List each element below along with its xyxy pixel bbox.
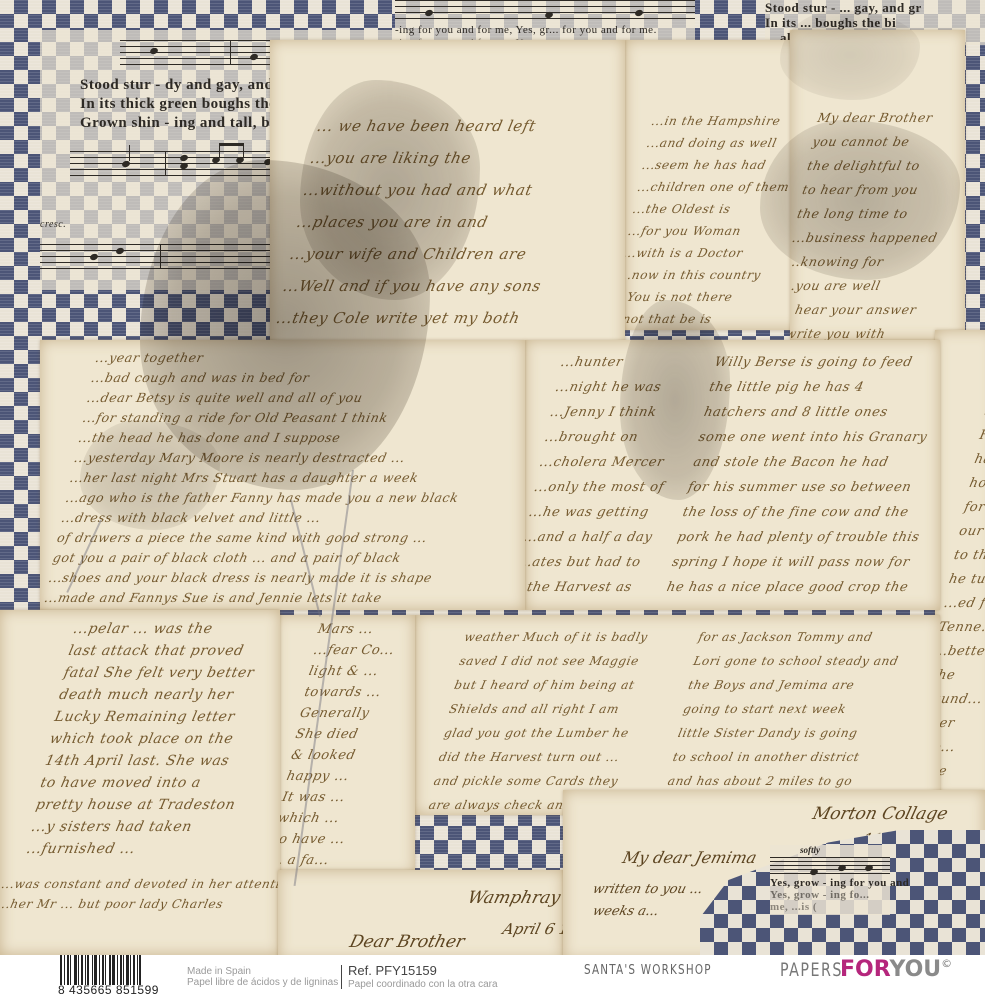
handwritten-line: ...y sisters had taken <box>29 816 252 838</box>
handwritten-line: for ... <box>962 496 985 520</box>
handwritten-line: our ... <box>957 520 985 544</box>
handwritten-line: It was ... <box>280 787 394 808</box>
lyric-line: me, ...is ( <box>770 901 890 913</box>
handwritten-line: some one went into his Granary <box>696 425 940 450</box>
letter-heading-place: Morton Collage <box>811 804 950 824</box>
coordinated-text: Papel coordinado con la otra cara <box>348 979 498 990</box>
copyright-icon: © <box>941 957 952 970</box>
dynamic-marking: softly <box>800 845 890 855</box>
handwritten-line: for as Jackson Tommy and <box>696 625 906 649</box>
scrapbook-paper: Stood stur - dy and gay, and grew ... ry… <box>0 0 985 955</box>
handwritten-line: spring I hope it will pass now for <box>669 550 916 575</box>
handwritten-line: the loss of the fine cow and the <box>680 500 927 525</box>
handwritten-line: ...and a half a day <box>525 525 656 550</box>
letter-lower-center: weather Much of it is badly saved I did … <box>415 615 940 815</box>
handwritten-line: ... a fa... <box>275 850 381 871</box>
handwritten-line: ...shoes and your black dress is nearly … <box>47 568 494 588</box>
music-staff <box>395 0 695 24</box>
handwritten-line: weather Much of it is badly <box>462 625 677 649</box>
handwritten-line: hatchers and 8 little ones <box>701 400 940 425</box>
handwritten-line: he tu... <box>946 568 981 592</box>
handwritten-line: got you a pair of black cloth ... and a … <box>51 548 498 568</box>
letter-salutation: Dear Brother <box>348 932 467 952</box>
lyric-line: Yes, grow - ing for you and <box>770 877 890 889</box>
letter-middle-center: ...hunter ...night he was ...Jenny I thi… <box>525 340 940 610</box>
label-divider <box>341 965 342 989</box>
handwritten-line: did the Harvest turn out ... <box>437 745 652 769</box>
handwritten-line: death much nearly her <box>57 684 280 706</box>
handwritten-line: She died <box>293 724 407 745</box>
handwritten-line: had <box>972 448 985 472</box>
handwritten-line: little Sister Dandy is going <box>676 721 886 745</box>
sheet-music-bottom-right: softly Yes, grow - ing for you and Yes, … <box>770 845 890 915</box>
handwritten-line: Willy Berse is going to feed <box>712 350 940 375</box>
handwritten-line: happy ... <box>284 766 398 787</box>
handwritten-line: ...write you with <box>790 322 925 340</box>
handwritten-line: written to you ... <box>591 882 704 897</box>
handwritten-line: to hear your answer <box>790 298 930 322</box>
brand-for: FOR <box>840 957 889 982</box>
handwritten-line: pork he had plenty of trouble this <box>675 525 922 550</box>
handwritten-line: fatal She felt very better <box>62 662 280 684</box>
handwritten-line: Tenne... <box>936 616 971 640</box>
music-staff <box>770 855 890 877</box>
letter-far-right: ...some the o... Samu... Hance had hous.… <box>935 330 985 800</box>
handwritten-line: ...made and Fannys Sue is and Jennie let… <box>42 588 489 608</box>
handwritten-line: hous... <box>967 472 985 496</box>
lyric-line: Yes, grow - ing fo... <box>770 889 890 901</box>
letter-lower-left: ...pelar ... was the last attack that pr… <box>0 610 280 955</box>
handwritten-line: which ... <box>276 808 390 829</box>
handwritten-line: ...ed fo... <box>941 592 976 616</box>
lyric-line: -ing for you and for me, Yes, gr... for … <box>395 24 695 37</box>
letter-heading-place: Wamphray Mill <box>466 888 563 908</box>
reference-code: Ref. PFY15159 <box>348 964 437 978</box>
letter-heading-date: April 6 1853 <box>501 920 563 938</box>
handwritten-line: the Boys and Jemima are <box>686 673 896 697</box>
handwritten-line: 14th April last. She was <box>43 750 266 772</box>
handwritten-line: ...get and as they good cow a nice young… <box>538 608 934 610</box>
handwritten-line: of drawers a piece the same kind with go… <box>55 528 502 548</box>
handwritten-line: Lori gone to school steady and <box>691 649 901 673</box>
handwritten-line: saved I did not see Maggie <box>457 649 672 673</box>
handwritten-line: ...her Mr ... but poor lady Charles <box>0 894 279 914</box>
handwritten-line: ...he was getting <box>526 500 661 525</box>
handwritten-line: ...was constant and devoted in her atten… <box>0 874 280 894</box>
handwritten-line: to school in another district <box>671 745 881 769</box>
handwritten-line: to have moved into a <box>38 772 261 794</box>
brand-you: YOU <box>889 957 941 982</box>
acid-free-text: Papel libre de ácidos y de ligninas <box>187 977 338 988</box>
letter-lower-narrow: Mars ... ...fear Co... light & ... towar… <box>275 615 415 875</box>
handwritten-line: ...ates but had to <box>525 550 651 575</box>
handwritten-line: ...furnished ... <box>24 838 247 860</box>
letter-bottom-center: Wamphray Mill April 6 1853 Dear Brother <box>278 870 563 955</box>
handwritten-line: which took place on the <box>48 728 271 750</box>
brand-papers: PAPERS <box>780 959 843 981</box>
handwritten-line: and stole the Bacon he had <box>691 450 938 475</box>
handwritten-line: & looked <box>289 745 403 766</box>
handwritten-line: ...the Harvest as <box>525 575 645 600</box>
handwritten-line: Hance <box>977 424 985 448</box>
handwritten-line: the little pig he has 4 <box>707 375 940 400</box>
handwritten-line: Generally <box>298 703 412 724</box>
handwritten-line: pretty house at Tradeston <box>34 794 257 816</box>
handwritten-line: to th... <box>952 544 985 568</box>
handwritten-line: weeks a... <box>591 904 660 919</box>
handwritten-line: glad you got the Lumber he <box>442 721 657 745</box>
handwritten-line: going to start next week <box>681 697 891 721</box>
letter-salutation: My dear Jemima <box>621 848 759 867</box>
brand-logo: PAPERSFORYOU© <box>780 957 952 982</box>
handwritten-line: for his summer use so between <box>685 475 932 500</box>
lyric-line: Stood stur - ... gay, and gr <box>765 0 985 15</box>
handwritten-line: last attack that proved <box>66 640 280 662</box>
made-in-text: Made in Spain <box>187 966 251 977</box>
product-label-strip: 8 435665 851599 Made in Spain Papel libr… <box>0 955 985 1000</box>
barcode-number: 8 435665 851599 <box>58 983 159 997</box>
handwritten-line: Lucky Remaining letter <box>52 706 275 728</box>
handwritten-line: but I heard of him being at <box>452 673 667 697</box>
collection-name: SANTA'S WORKSHOP <box>584 963 712 978</box>
handwritten-line: he has a nice place good crop the <box>664 575 911 600</box>
handwritten-line: ...pelar ... was the <box>71 618 280 640</box>
handwritten-line: to have ... <box>275 829 386 850</box>
handwritten-line: Shields and all right I am <box>447 697 662 721</box>
